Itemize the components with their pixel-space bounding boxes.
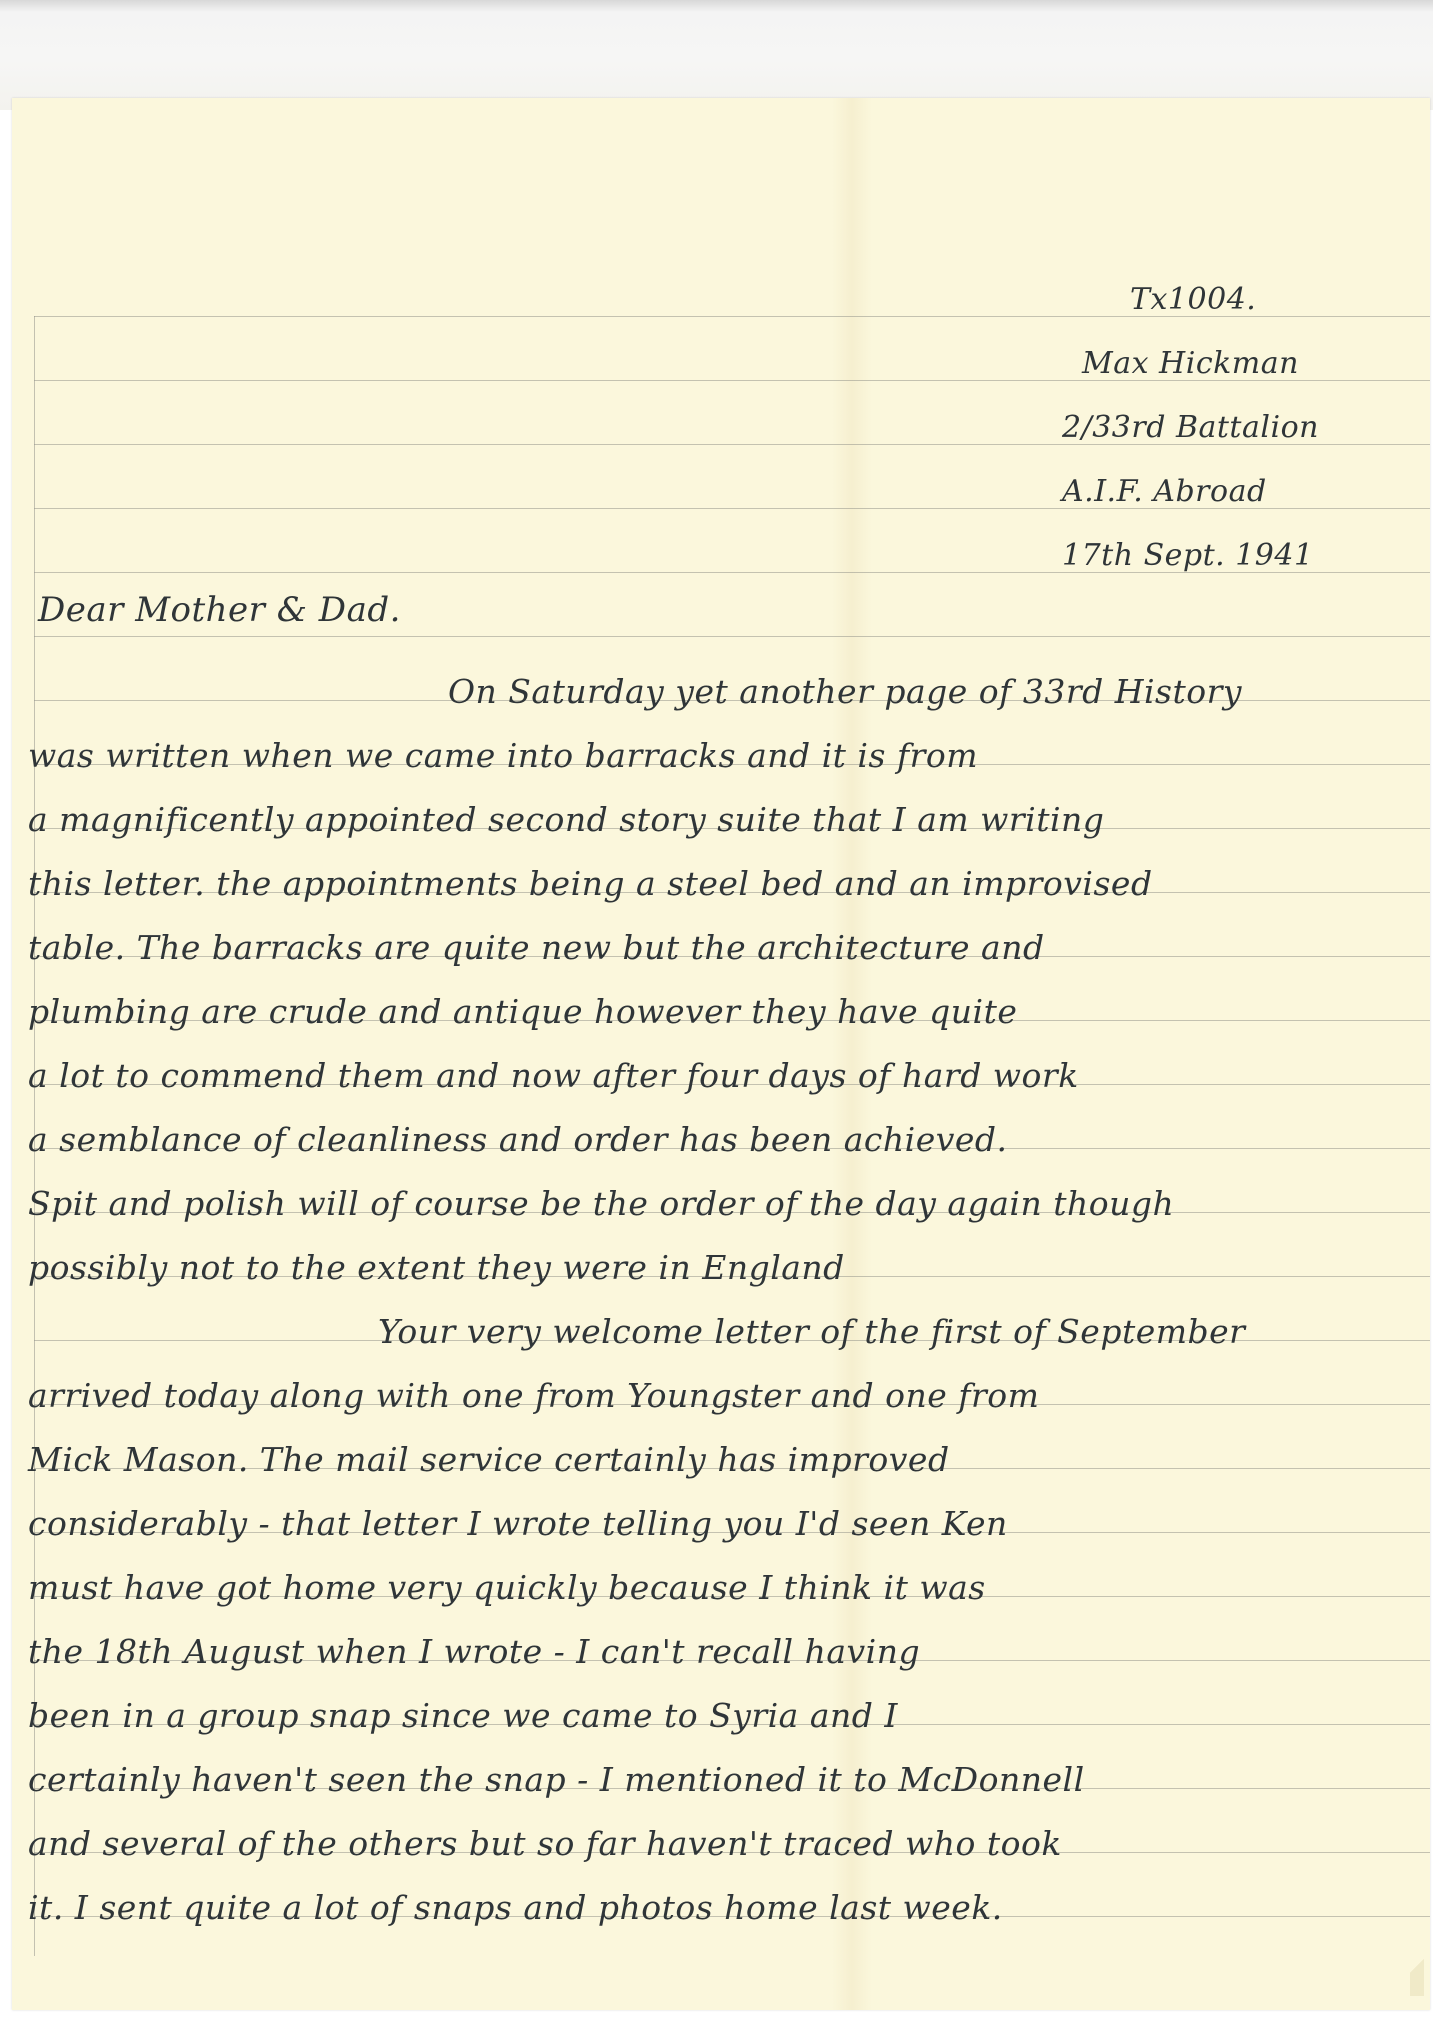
service-number: Tx1004. <box>1062 268 1422 332</box>
scan-background <box>0 0 1433 110</box>
sender-address-block: Tx1004. Max Hickman 2/33rd Battalion A.I… <box>1062 268 1422 588</box>
body-line: this letter. the appointments being a st… <box>28 852 1418 916</box>
body-line: certainly haven't seen the snap - I ment… <box>28 1748 1418 1812</box>
body-line: possibly not to the extent they were in … <box>28 1236 1418 1300</box>
letter-body: On Saturday yet another page of 33rd His… <box>28 660 1418 1940</box>
sender-location: A.I.F. Abroad <box>1062 460 1422 524</box>
body-line: Your very welcome letter of the first of… <box>28 1300 1418 1364</box>
body-line: plumbing are crude and antique however t… <box>28 980 1418 1044</box>
body-line: was written when we came into barracks a… <box>28 724 1418 788</box>
body-line: the 18th August when I wrote - I can't r… <box>28 1620 1418 1684</box>
body-line: Spit and polish will of course be the or… <box>28 1172 1418 1236</box>
salutation: Dear Mother & Dad. <box>38 578 401 642</box>
body-line: considerably - that letter I wrote telli… <box>28 1492 1418 1556</box>
body-line: must have got home very quickly because … <box>28 1556 1418 1620</box>
sender-unit: 2/33rd Battalion <box>1062 396 1422 460</box>
body-line: arrived today along with one from Youngs… <box>28 1364 1418 1428</box>
body-line: it. I sent quite a lot of snaps and phot… <box>28 1876 1418 1940</box>
body-line: table. The barracks are quite new but th… <box>28 916 1418 980</box>
body-line: been in a group snap since we came to Sy… <box>28 1684 1418 1748</box>
body-line: a magnificently appointed second story s… <box>28 788 1418 852</box>
letter-date: 17th Sept. 1941 <box>1062 524 1422 588</box>
body-line: and several of the others but so far hav… <box>28 1812 1418 1876</box>
body-line: On Saturday yet another page of 33rd His… <box>28 660 1418 724</box>
body-line: a semblance of cleanliness and order has… <box>28 1108 1418 1172</box>
sender-name: Max Hickman <box>1062 332 1422 396</box>
body-line: Mick Mason. The mail service certainly h… <box>28 1428 1418 1492</box>
page-corner-fold <box>1410 1936 1424 1996</box>
body-line: a lot to commend them and now after four… <box>28 1044 1418 1108</box>
